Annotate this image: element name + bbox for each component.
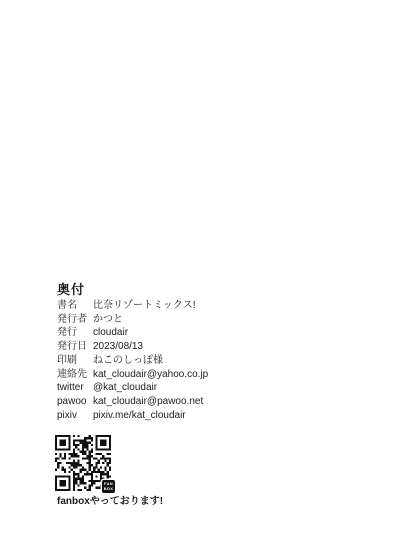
colophon-row: 連絡先kat_cloudair@yahoo.co.jp bbox=[57, 368, 357, 382]
row-label: twitter bbox=[57, 381, 93, 395]
fanbox-note: fanboxやっております! bbox=[57, 492, 163, 507]
qr-code: FAN BOX bbox=[55, 435, 111, 491]
row-value: kat_cloudair@pawoo.net bbox=[93, 395, 203, 409]
row-label: 発行者 bbox=[57, 313, 93, 327]
page-title: 奥付 bbox=[57, 279, 85, 298]
row-value: @kat_cloudair bbox=[93, 381, 157, 395]
row-label: 書名 bbox=[57, 299, 93, 313]
row-label: pawoo bbox=[57, 395, 93, 409]
row-value: 比奈リゾートミックス! bbox=[93, 299, 195, 313]
row-value: かつと bbox=[93, 313, 123, 327]
colophon-row: twitter@kat_cloudair bbox=[57, 381, 357, 395]
row-value: 2023/08/13 bbox=[93, 340, 143, 354]
colophon-row: 書名比奈リゾートミックス! bbox=[57, 299, 357, 313]
row-value: ねこのしっぽ様 bbox=[93, 354, 163, 368]
row-label: 発行 bbox=[57, 326, 93, 340]
colophon-row: 印刷ねこのしっぽ様 bbox=[57, 354, 357, 368]
colophon-row: pawookat_cloudair@pawoo.net bbox=[57, 395, 357, 409]
colophon-page: 奥付 書名比奈リゾートミックス!発行者かつと発行cloudair発行日2023/… bbox=[0, 0, 400, 559]
colophon-table: 書名比奈リゾートミックス!発行者かつと発行cloudair発行日2023/08/… bbox=[57, 299, 357, 422]
row-value: kat_cloudair@yahoo.co.jp bbox=[93, 368, 208, 382]
colophon-row: 発行者かつと bbox=[57, 313, 357, 327]
fanbox-badge-text-bottom: BOX bbox=[104, 487, 114, 492]
colophon-row: 発行日2023/08/13 bbox=[57, 340, 357, 354]
row-value: pixiv.me/kat_cloudair bbox=[93, 409, 186, 423]
row-label: 発行日 bbox=[57, 340, 93, 354]
row-value: cloudair bbox=[93, 326, 128, 340]
colophon-row: 発行cloudair bbox=[57, 326, 357, 340]
row-label: 連絡先 bbox=[57, 368, 93, 382]
row-label: 印刷 bbox=[57, 354, 93, 368]
row-label: pixiv bbox=[57, 409, 93, 423]
colophon-row: pixivpixiv.me/kat_cloudair bbox=[57, 409, 357, 423]
